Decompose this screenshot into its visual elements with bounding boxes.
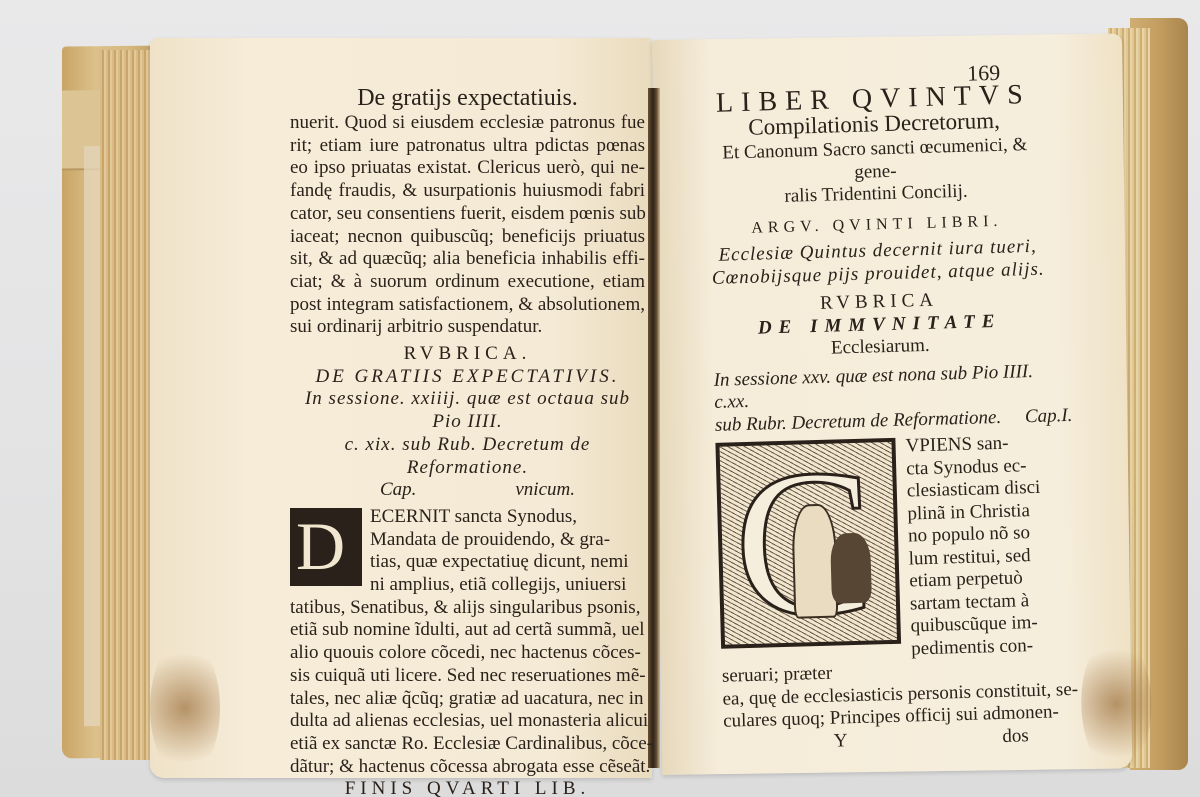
signature-mark: Y: [833, 730, 847, 753]
decorated-initial-d: D: [290, 508, 362, 586]
text-line: nuerit. Quod si eiusdem ecclesiæ patronu…: [290, 112, 645, 135]
left-page-text: De gratijs expectatiuis. nuerit. Quod si…: [290, 84, 645, 797]
open-book: De gratijs expectatiuis. nuerit. Quod si…: [0, 0, 1200, 797]
catchword: dos: [1002, 725, 1029, 748]
text-line: alio quouis colore cõcedi, nec hactenus …: [290, 642, 645, 665]
text-line: dãtur; & hactenus cõcessa abrogata esse …: [290, 756, 645, 779]
text-line: etiã sub nomine ĩdulti, aut ad certã sum…: [290, 619, 645, 642]
paragraph-1: nuerit. Quod si eiusdem ecclesiæ patronu…: [290, 112, 645, 339]
rubric-title: DE GRATIIS EXPECTATIVIS.: [290, 366, 645, 389]
cap-line: Cap. vnicum.: [290, 479, 645, 502]
rubric-label: RVBRICA.: [290, 343, 645, 366]
text-line: tales, nec aliæ q̃cũq; gratiæ ad uacatur…: [290, 688, 645, 711]
text-line: iaceat; necnon quibuscũq; beneficijs pri…: [290, 226, 645, 249]
running-head: De gratijs expectatiuis.: [290, 84, 645, 112]
paragraph-2: D ECERNIT sancta Synodus, Mandata de pro…: [290, 506, 645, 778]
text-line: ciat; & à suorum ordinum executione, eti…: [290, 271, 645, 294]
rubric-ref-line: c. xix. sub Rub. Decretum de Reformation…: [290, 434, 645, 479]
text-line: sui ordinarij arbitrio suspendatur.: [290, 316, 645, 339]
text-line: sis cuiquã uti licere. Sed nec reseruati…: [290, 665, 645, 688]
text-line: fandę fraudis, & usurpationis huiusmodi …: [290, 180, 645, 203]
text-line: sit, & ad quæcũq; alia beneficia inhabil…: [290, 248, 645, 271]
book-gutter: [648, 88, 660, 768]
main-paragraph: C VPIENS san- cta Synodus ec- clesiastic…: [715, 432, 1058, 734]
closing-line: FINIS QVARTI LIB.: [290, 778, 645, 797]
rubric-ref-line: In sessione. xxiiij. quæ est octaua sub …: [290, 388, 645, 433]
text-line: etiã ex sanctæ Ro. Ecclesiæ Cardinalibus…: [290, 733, 645, 756]
text-line: post integram satisfactionem, & absoluti…: [290, 294, 645, 317]
text-line: eo ipso priuatas existat. Clericus uerò,…: [290, 157, 645, 180]
text-line: cator, seu consentiens fuerit, eisdem pœ…: [290, 203, 645, 226]
woodcut-initial-c: C: [715, 438, 901, 649]
right-page-text: 169 LIBER QVINTVS Compilationis Decretor…: [705, 61, 1059, 756]
text-line: rit; etiam iure patronatus ultra pdictas…: [290, 135, 645, 158]
text-line: tatibus, Senatibus, & alijs singularibus…: [290, 597, 645, 620]
cap-value: vnicum.: [515, 479, 575, 502]
text-line: dulta ad alienas ecclesias, uel monaster…: [290, 710, 645, 733]
cap-label: Cap.: [380, 479, 416, 502]
water-stain: [150, 638, 220, 778]
kneeling-figure: [830, 533, 872, 604]
